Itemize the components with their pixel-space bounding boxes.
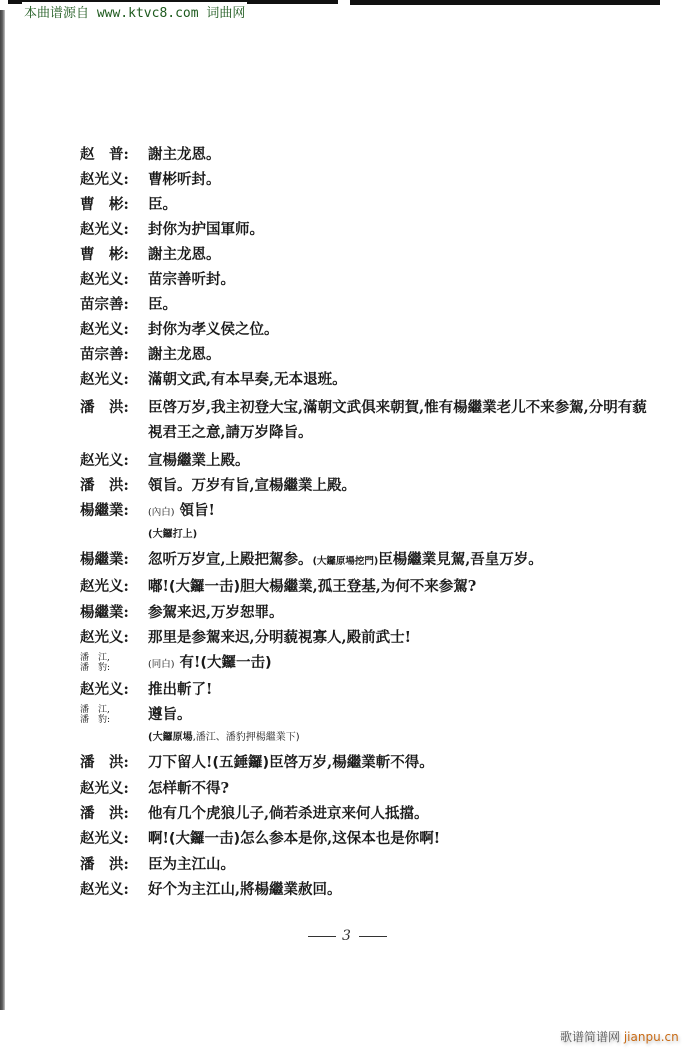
dialogue-words: 臣啓万岁,楊繼業斬不得。 <box>269 754 434 771</box>
speaker-name: 潘 洪: <box>80 855 148 874</box>
dialogue-line: 赵光义: 好个为主江山,將楊繼業赦回。 <box>80 880 650 899</box>
dialogue-line: 潘 江, 潘 豹: 遵旨。 <box>80 705 650 725</box>
speaker-name: 赵光义: <box>80 880 148 899</box>
dialogue-line: 楊繼業: 忽听万岁宣,上殿把駕参。(大鑼原場挖門)臣楊繼業見駕,吾皇万岁。 <box>80 550 650 571</box>
speaker-pan-jiang: 潘 江, <box>80 653 148 663</box>
dialogue-text: 宣楊繼業上殿。 <box>148 451 650 470</box>
dialogue-text: 領旨。万岁有旨,宣楊繼業上殿。 <box>148 476 650 495</box>
speaker-name-duo: 潘 江, 潘 豹: <box>80 705 148 725</box>
speaker-pan-bao: 潘 豹: <box>80 715 148 725</box>
speaker-name: 楊繼業: <box>80 550 148 569</box>
dialogue-line: 潘 洪: 臣啓万岁,我主初登大宝,滿朝文武俱来朝賀,惟有楊繼業老儿不来参駕,分明… <box>80 395 650 445</box>
dialogue-text: 好个为主江山,將楊繼業赦回。 <box>148 880 650 899</box>
dialogue-text: 那里是参駕来迟,分明藐視寡人,殿前武士! <box>148 628 650 647</box>
dialogue-text: 刀下留人!(五錘鑼)臣啓万岁,楊繼業斬不得。 <box>148 753 650 773</box>
dialogue-text: 謝主龙恩。 <box>148 245 650 264</box>
speaker-name: 曹 彬: <box>80 195 148 214</box>
source-watermark: 本曲谱源自 www.ktvc8.com 词曲网 <box>22 2 247 21</box>
speaker-pan-bao: 潘 豹: <box>80 663 148 673</box>
dialogue-line: 潘 洪: 領旨。万岁有旨,宣楊繼業上殿。 <box>80 476 650 495</box>
dialogue-text: 封你为护国軍师。 <box>148 220 650 239</box>
speaker-name: 赵光义: <box>80 170 148 189</box>
dialogue-text: 嘟!(大鑼一击)胆大楊繼業,孤王登基,为何不来参駕? <box>148 577 650 597</box>
unison-aside: (同白) <box>148 659 174 670</box>
speaker-name: 赵 普: <box>80 145 148 164</box>
speaker-name: 苗宗善: <box>80 295 148 314</box>
dialogue-line: 曹 彬: 謝主龙恩。 <box>80 245 650 264</box>
stage-direction: (大鑼打上) <box>148 528 650 542</box>
speaker-name: 赵光义: <box>80 680 148 699</box>
speaker-name: 赵光义: <box>80 320 148 339</box>
dialogue-text: 滿朝文武,有本早奏,无本退班。 <box>148 370 650 389</box>
dialogue-line: 潘 洪: 臣为主江山。 <box>80 855 650 874</box>
dialogue-text: 参駕来迟,万岁恕罪。 <box>148 603 650 622</box>
dialogue-text: 啊!(大鑼一击)怎么参本是你,这保本也是你啊! <box>148 829 650 849</box>
music-cue: (大鑼一击) <box>169 579 240 595</box>
dialogue-words: 有! <box>179 654 200 671</box>
dialogue-text: 臣为主江山。 <box>148 855 650 874</box>
dialogue-words: 胆大楊繼業,孤王登基,为何不来参駕? <box>240 578 476 595</box>
speaker-name: 赵光义: <box>80 628 148 647</box>
dialogue-line: 潘 江, 潘 豹: (同白) 有!(大鑼一击) <box>80 653 650 674</box>
speaker-name: 赵光义: <box>80 829 148 848</box>
speaker-name: 楊繼業: <box>80 603 148 622</box>
dialogue-text: 曹彬听封。 <box>148 170 650 189</box>
dialogue-line: 赵光义: 啊!(大鑼一击)怎么参本是你,这保本也是你啊! <box>80 829 650 849</box>
speaker-name: 曹 彬: <box>80 245 148 264</box>
music-cue: (大鑼一击) <box>200 655 271 671</box>
speaker-name: 赵光义: <box>80 577 148 596</box>
dialogue-line: 赵光义: 宣楊繼業上殿。 <box>80 451 650 470</box>
dialogue-line: 苗宗善: 謝主龙恩。 <box>80 345 650 364</box>
dialogue-text: 忽听万岁宣,上殿把駕参。(大鑼原場挖門)臣楊繼業見駕,吾皇万岁。 <box>148 550 650 571</box>
dialogue-words: 刀下留人! <box>148 754 212 771</box>
speaker-name: 潘 洪: <box>80 476 148 495</box>
dialogue-line: 潘 洪: 他有几个虎狼儿子,倘若杀进京来何人抵擋。 <box>80 804 650 823</box>
dialogue-text: (內白) 領旨! <box>148 501 650 522</box>
music-cue: (五錘鑼) <box>212 755 269 771</box>
speaker-name: 楊繼業: <box>80 501 148 520</box>
offstage-aside: (內白) <box>148 507 174 518</box>
site-watermark-brand: jianpu.cn <box>624 1030 679 1044</box>
dialogue-words: 領旨! <box>179 502 214 519</box>
dialogue-line: 赵光义: 嘟!(大鑼一击)胆大楊繼業,孤王登基,为何不来参駕? <box>80 577 650 597</box>
dialogue-line: 赵光义: 苗宗善听封。 <box>80 270 650 289</box>
speaker-name: 潘 洪: <box>80 395 148 420</box>
speaker-pan-jiang: 潘 江, <box>80 705 148 715</box>
dialogue-text: (同白) 有!(大鑼一击) <box>148 653 650 674</box>
dash-left <box>308 936 336 937</box>
dialogue-line: 赵光义: 推出斬了! <box>80 680 650 699</box>
scan-border-top-right <box>350 0 660 5</box>
dialogue-words: 忽听万岁宣,上殿把駕参。 <box>148 551 313 568</box>
dialogue-text: 謝主龙恩。 <box>148 145 650 164</box>
scan-edge <box>0 10 5 1010</box>
dialogue-text: 臣。 <box>148 295 650 314</box>
dialogue-line: 曹 彬: 臣。 <box>80 195 650 214</box>
speaker-name: 潘 洪: <box>80 804 148 823</box>
dialogue-text: 他有几个虎狼儿子,倘若杀进京来何人抵擋。 <box>148 804 650 823</box>
stage-direction: (大鑼原場,潘江、潘豹押楊繼業下) <box>148 731 650 745</box>
page-number: 3 <box>302 928 393 944</box>
speaker-name: 赵光义: <box>80 779 148 798</box>
dialogue-text: 遵旨。 <box>148 705 650 724</box>
stage-direction-text: (大鑼打上) <box>148 529 197 540</box>
dialogue-text: 謝主龙恩。 <box>148 345 650 364</box>
dash-right <box>359 936 387 937</box>
opera-script: 赵 普: 謝主龙恩。 赵光义: 曹彬听封。 曹 彬: 臣。 赵光义: 封你为护国… <box>80 145 650 905</box>
dialogue-line: 赵光义: 曹彬听封。 <box>80 170 650 189</box>
dialogue-line: 楊繼業: (內白) 領旨! <box>80 501 650 522</box>
dialogue-text: 苗宗善听封。 <box>148 270 650 289</box>
page-number-value: 3 <box>342 928 353 944</box>
dialogue-words: 嘟! <box>148 578 169 595</box>
dialogue-line: 赵光义: 封你为护国軍师。 <box>80 220 650 239</box>
site-watermark: 歌谱简谱网 jianpu.cn <box>560 1028 679 1045</box>
dialogue-line: 赵光义: 怎样斬不得? <box>80 779 650 798</box>
stage-direction-bold: (大鑼原場 <box>148 732 193 743</box>
dialogue-text: 臣啓万岁,我主初登大宝,滿朝文武俱来朝賀,惟有楊繼業老儿不来参駕,分明有藐視君王… <box>148 395 650 445</box>
dialogue-text: 怎样斬不得? <box>148 779 650 798</box>
dialogue-line: 苗宗善: 臣。 <box>80 295 650 314</box>
speaker-name: 赵光义: <box>80 451 148 470</box>
dialogue-text: 推出斬了! <box>148 680 650 699</box>
stage-direction-text: ,潘江、潘豹押楊繼業下) <box>193 732 300 743</box>
music-cue: (大鑼原場挖門) <box>313 556 379 567</box>
speaker-name: 苗宗善: <box>80 345 148 364</box>
speaker-name-duo: 潘 江, 潘 豹: <box>80 653 148 673</box>
dialogue-line: 潘 洪: 刀下留人!(五錘鑼)臣啓万岁,楊繼業斬不得。 <box>80 753 650 773</box>
speaker-name: 赵光义: <box>80 220 148 239</box>
music-cue: (大鑼一击) <box>169 831 240 847</box>
dialogue-line: 楊繼業: 参駕来迟,万岁恕罪。 <box>80 603 650 622</box>
dialogue-words: 怎么参本是你,这保本也是你啊! <box>240 830 440 847</box>
speaker-name: 潘 洪: <box>80 753 148 772</box>
dialogue-line: 赵 普: 謝主龙恩。 <box>80 145 650 164</box>
speaker-name: 赵光义: <box>80 270 148 289</box>
dialogue-line: 赵光义: 滿朝文武,有本早奏,无本退班。 <box>80 370 650 389</box>
dialogue-line: 赵光义: 那里是参駕来迟,分明藐視寡人,殿前武士! <box>80 628 650 647</box>
dialogue-text: 封你为孝义侯之位。 <box>148 320 650 339</box>
dialogue-text: 臣。 <box>148 195 650 214</box>
dialogue-line: 赵光义: 封你为孝义侯之位。 <box>80 320 650 339</box>
dialogue-words: 啊! <box>148 830 169 847</box>
site-watermark-cn: 歌谱简谱网 <box>560 1030 620 1044</box>
dialogue-words: 臣楊繼業見駕,吾皇万岁。 <box>378 551 543 568</box>
speaker-name: 赵光义: <box>80 370 148 389</box>
